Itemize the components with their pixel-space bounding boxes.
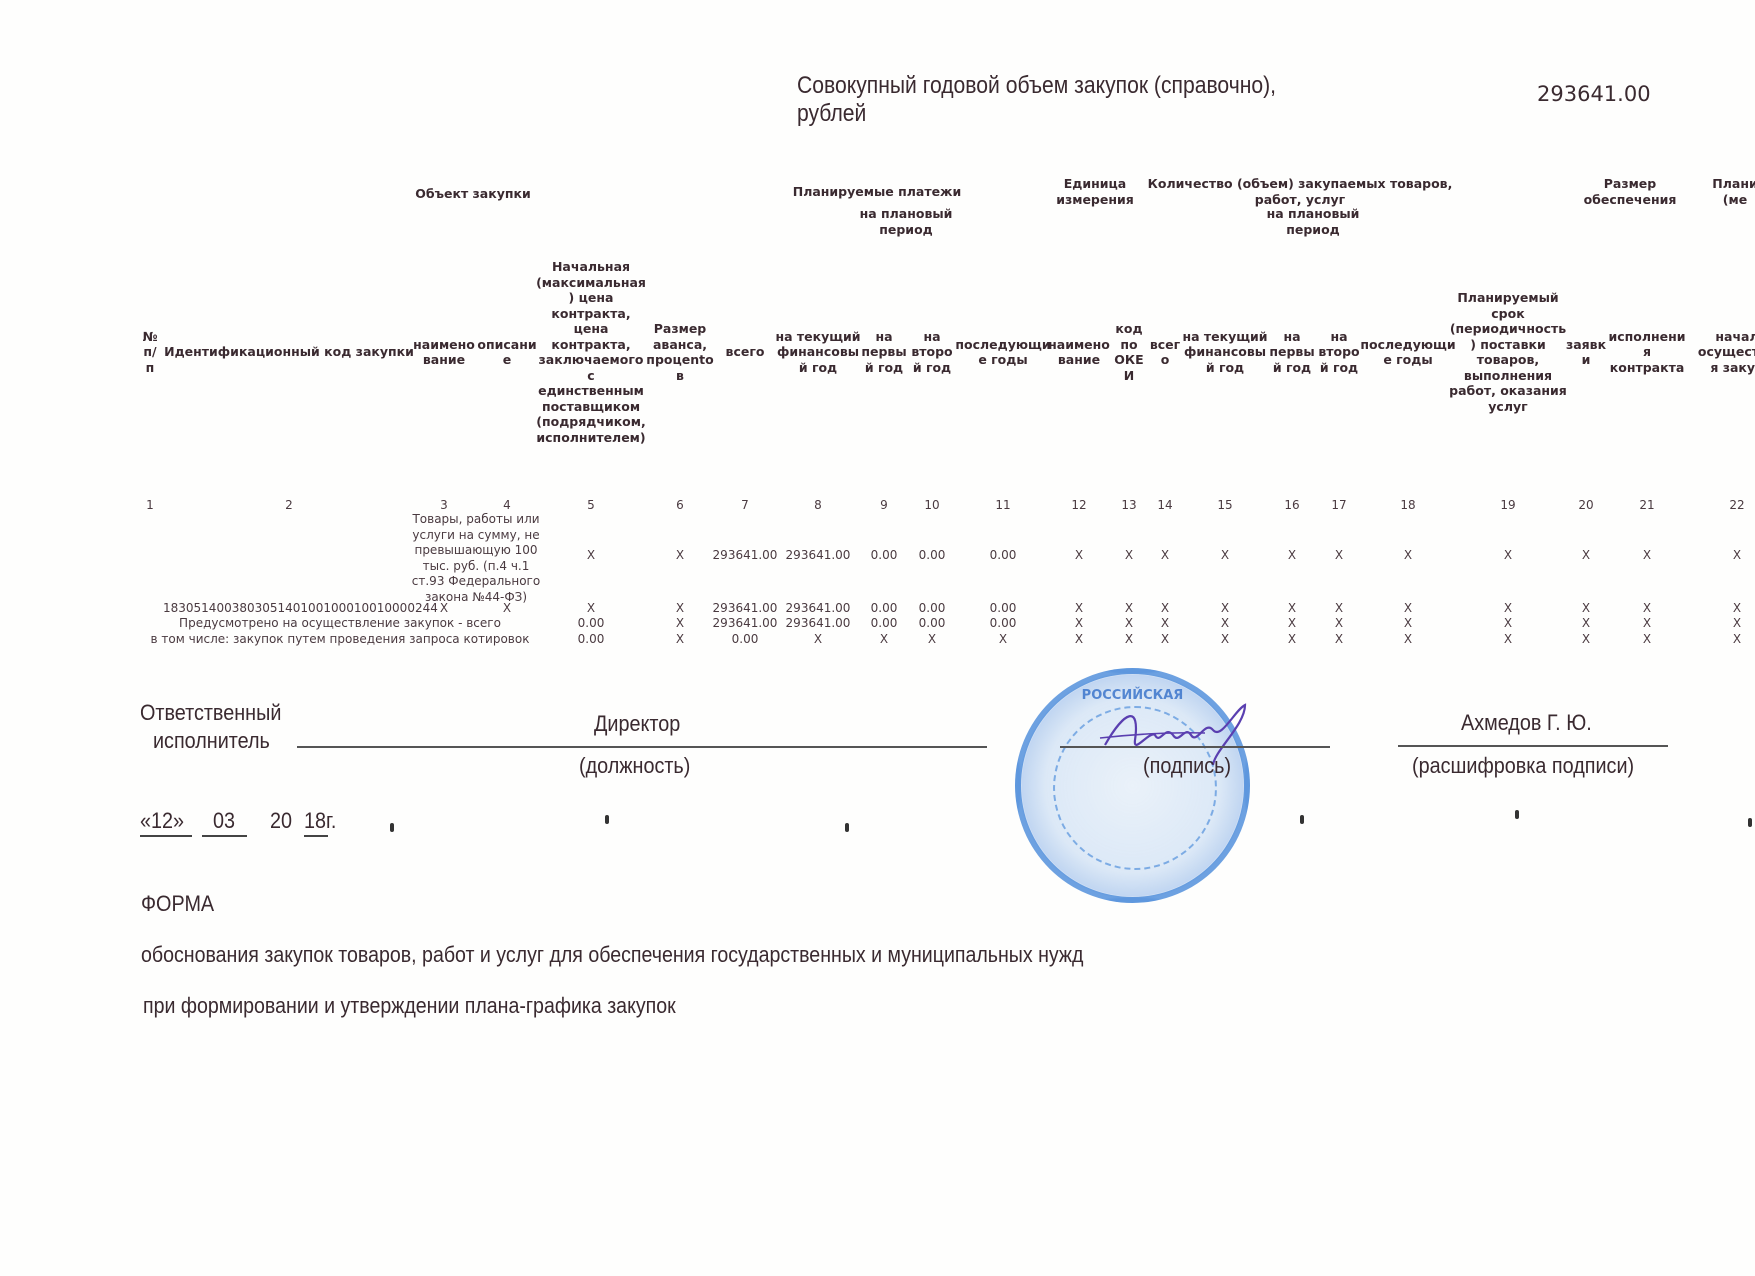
table-cell: X: [814, 632, 822, 646]
table-cell: X: [1504, 632, 1512, 646]
table-cell: 0.00: [990, 616, 1017, 630]
column-header-18: последующие годы: [1360, 337, 1455, 368]
signer-name: Ахмедов Г. Ю.: [1461, 710, 1592, 736]
table-cell: X: [1221, 601, 1229, 615]
table-cell: X: [1733, 601, 1741, 615]
table-cell: X: [999, 632, 1007, 646]
column-number-7: 7: [741, 498, 749, 512]
signature-line: [1060, 746, 1330, 748]
column-number-15: 15: [1217, 498, 1232, 512]
table-cell: X: [1075, 601, 1083, 615]
group-header-payments: Планируемые платежи: [793, 184, 962, 200]
column-header-6: Размераванса,процentoв: [646, 321, 713, 383]
group-header-quantity-planned: на плановыйпериод: [1267, 206, 1360, 237]
column-number-13: 13: [1121, 498, 1136, 512]
table-cell: X: [1404, 616, 1412, 630]
group-header-payments-planned: на плановыйпериод: [860, 206, 953, 237]
table-cell: X: [676, 632, 684, 646]
table-cell: 0.00: [919, 548, 946, 562]
column-header-4: описание: [477, 337, 536, 368]
table-cell: 0.00: [990, 601, 1017, 615]
column-header-12: наименование: [1048, 337, 1110, 368]
table-cell: X: [1404, 548, 1412, 562]
form-line-1: обоснования закупок товаров, работ и усл…: [141, 942, 1083, 968]
table-cell: X: [928, 632, 936, 646]
group-header-security: Размеробеспечения: [1584, 176, 1677, 207]
table-cell: 293641.00: [786, 601, 851, 615]
table-cell: 0.00: [919, 601, 946, 615]
table-cell: X: [587, 601, 595, 615]
date-century: 20: [270, 808, 292, 834]
position-value: Директор: [594, 711, 680, 737]
position-caption: (должность): [579, 753, 690, 779]
column-number-20: 20: [1578, 498, 1593, 512]
table-cell: 0.00: [578, 632, 605, 646]
table-cell: X: [1504, 548, 1512, 562]
table-cell: X: [1733, 632, 1741, 646]
table-cell: X: [1125, 601, 1133, 615]
table-cell: X: [1404, 632, 1412, 646]
table-cell: X: [676, 601, 684, 615]
column-header-5: Начальная(максимальная) ценаконтракта,це…: [536, 259, 646, 445]
column-header-13: кодпоОКЕИ: [1114, 321, 1143, 383]
scan-mark: [1515, 810, 1519, 819]
column-number-12: 12: [1071, 498, 1086, 512]
column-number-17: 17: [1331, 498, 1346, 512]
row-description: Товары, работы илиуслуги на сумму, непре…: [412, 512, 540, 605]
date-day: «12»: [140, 808, 184, 834]
scan-mark: [605, 815, 609, 824]
column-number-21: 21: [1639, 498, 1654, 512]
table-cell: X: [1733, 548, 1741, 562]
column-number-1: 1: [146, 498, 154, 512]
column-number-3: 3: [440, 498, 448, 512]
column-header-19: Планируемыйсрок(периодичность) поставкит…: [1449, 290, 1567, 414]
column-number-16: 16: [1284, 498, 1299, 512]
form-line-2: при формировании и утверждении плана-гра…: [143, 993, 676, 1019]
table-cell: X: [1643, 632, 1651, 646]
table-cell: X: [1125, 548, 1133, 562]
date-year-underline: [304, 835, 328, 837]
column-number-4: 4: [503, 498, 511, 512]
table-cell: 293641.00: [786, 616, 851, 630]
table-cell: X: [1075, 548, 1083, 562]
column-header-9: напервый год: [861, 329, 906, 376]
group-header-unit: Единицаизмерения: [1056, 176, 1134, 207]
column-number-11: 11: [995, 498, 1010, 512]
table-cell: X: [587, 548, 595, 562]
table-cell: X: [880, 632, 888, 646]
table-cell: X: [1582, 601, 1590, 615]
column-number-9: 9: [880, 498, 888, 512]
table-cell: X: [1504, 601, 1512, 615]
column-header-14: всего: [1150, 337, 1180, 368]
group-header-quantity: Количество (объем) закупаемых товаров,ра…: [1148, 176, 1453, 207]
column-header-8: на текущийфинансовый год: [775, 329, 860, 376]
form-title: ФОРМА: [141, 891, 214, 917]
table-cell: X: [1582, 632, 1590, 646]
procurement-code: 183051400380305140100100010010000244: [163, 601, 438, 615]
group-header-object: Объект закупки: [415, 186, 531, 202]
column-header-17: навторой год: [1318, 329, 1359, 376]
table-cell: X: [1161, 601, 1169, 615]
date-year: 18г.: [304, 808, 336, 834]
table-cell: 293641.00: [713, 548, 778, 562]
column-number-18: 18: [1400, 498, 1415, 512]
table-cell: 293641.00: [713, 616, 778, 630]
column-header-7: всего: [726, 344, 765, 360]
column-header-2: Идентификационный код закупки: [164, 344, 414, 360]
table-cell: X: [1221, 632, 1229, 646]
scan-mark: [845, 823, 849, 832]
table-cell: X: [1404, 601, 1412, 615]
table-cell: X: [1288, 632, 1296, 646]
table-cell: X: [1582, 548, 1590, 562]
table-cell: X: [1075, 616, 1083, 630]
table-cell: X: [1335, 601, 1343, 615]
date-day-underline: [140, 835, 192, 837]
table-cell: X: [1221, 616, 1229, 630]
column-number-22: 22: [1729, 498, 1744, 512]
column-header-22: началосуществля закуп: [1698, 329, 1755, 376]
date-month-underline: [202, 835, 247, 837]
column-header-15: на текущийфинансовый год: [1182, 329, 1267, 376]
position-line: [297, 746, 987, 748]
column-header-21: исполненияконтракта: [1608, 329, 1685, 376]
name-caption: (расшифровка подписи): [1412, 753, 1634, 779]
name-line: [1398, 745, 1668, 747]
summary-value: 293641.00: [1537, 82, 1651, 106]
column-header-11: последующие годы: [955, 337, 1050, 368]
table-cell: X: [1335, 632, 1343, 646]
column-number-19: 19: [1500, 498, 1515, 512]
column-header-20: заявки: [1566, 337, 1606, 368]
table-cell: X: [1125, 616, 1133, 630]
column-number-10: 10: [924, 498, 939, 512]
table-cell: X: [1161, 632, 1169, 646]
row-label: Предусмотрено на осуществление закупок -…: [179, 616, 501, 630]
row-label: в том числе: закупок путем проведения за…: [151, 632, 530, 646]
column-header-16: напервый год: [1269, 329, 1314, 376]
table-cell: 0.00: [578, 616, 605, 630]
table-cell: X: [1643, 616, 1651, 630]
table-cell: 0.00: [871, 548, 898, 562]
table-cell: X: [440, 601, 448, 615]
table-cell: 0.00: [871, 601, 898, 615]
table-cell: 0.00: [990, 548, 1017, 562]
group-header-planned-cut: Плани(ме: [1712, 176, 1755, 207]
table-cell: X: [503, 601, 511, 615]
scan-mark: [1300, 815, 1304, 824]
table-cell: X: [1288, 616, 1296, 630]
table-cell: 0.00: [919, 616, 946, 630]
responsible-label-line1: Ответственный: [140, 700, 281, 726]
table-cell: X: [1335, 548, 1343, 562]
column-number-6: 6: [676, 498, 684, 512]
table-cell: X: [1733, 616, 1741, 630]
column-number-5: 5: [587, 498, 595, 512]
table-cell: X: [1643, 548, 1651, 562]
table-cell: X: [1288, 601, 1296, 615]
date-month: 03: [213, 808, 235, 834]
table-cell: X: [1504, 616, 1512, 630]
table-cell: X: [676, 616, 684, 630]
scan-mark: [1748, 818, 1752, 827]
table-cell: X: [1288, 548, 1296, 562]
column-number-2: 2: [285, 498, 293, 512]
table-cell: X: [1161, 548, 1169, 562]
column-number-14: 14: [1157, 498, 1172, 512]
table-cell: 293641.00: [786, 548, 851, 562]
table-cell: X: [1221, 548, 1229, 562]
table-cell: 293641.00: [713, 601, 778, 615]
column-header-3: наименование: [413, 337, 475, 368]
table-cell: X: [1643, 601, 1651, 615]
column-header-1: №п/п: [142, 329, 157, 376]
summary-label: Совокупный годовой объем закупок (справо…: [797, 72, 1276, 128]
column-header-10: навторой год: [911, 329, 952, 376]
signature-caption: (подпись): [1143, 753, 1231, 779]
table-cell: X: [1335, 616, 1343, 630]
table-cell: X: [1075, 632, 1083, 646]
table-cell: X: [676, 548, 684, 562]
scan-mark: [390, 823, 394, 832]
table-cell: X: [1125, 632, 1133, 646]
table-cell: 0.00: [871, 616, 898, 630]
table-cell: X: [1161, 616, 1169, 630]
table-cell: 0.00: [732, 632, 759, 646]
column-number-8: 8: [814, 498, 822, 512]
responsible-label-line2: исполнитель: [153, 728, 270, 754]
table-cell: X: [1582, 616, 1590, 630]
